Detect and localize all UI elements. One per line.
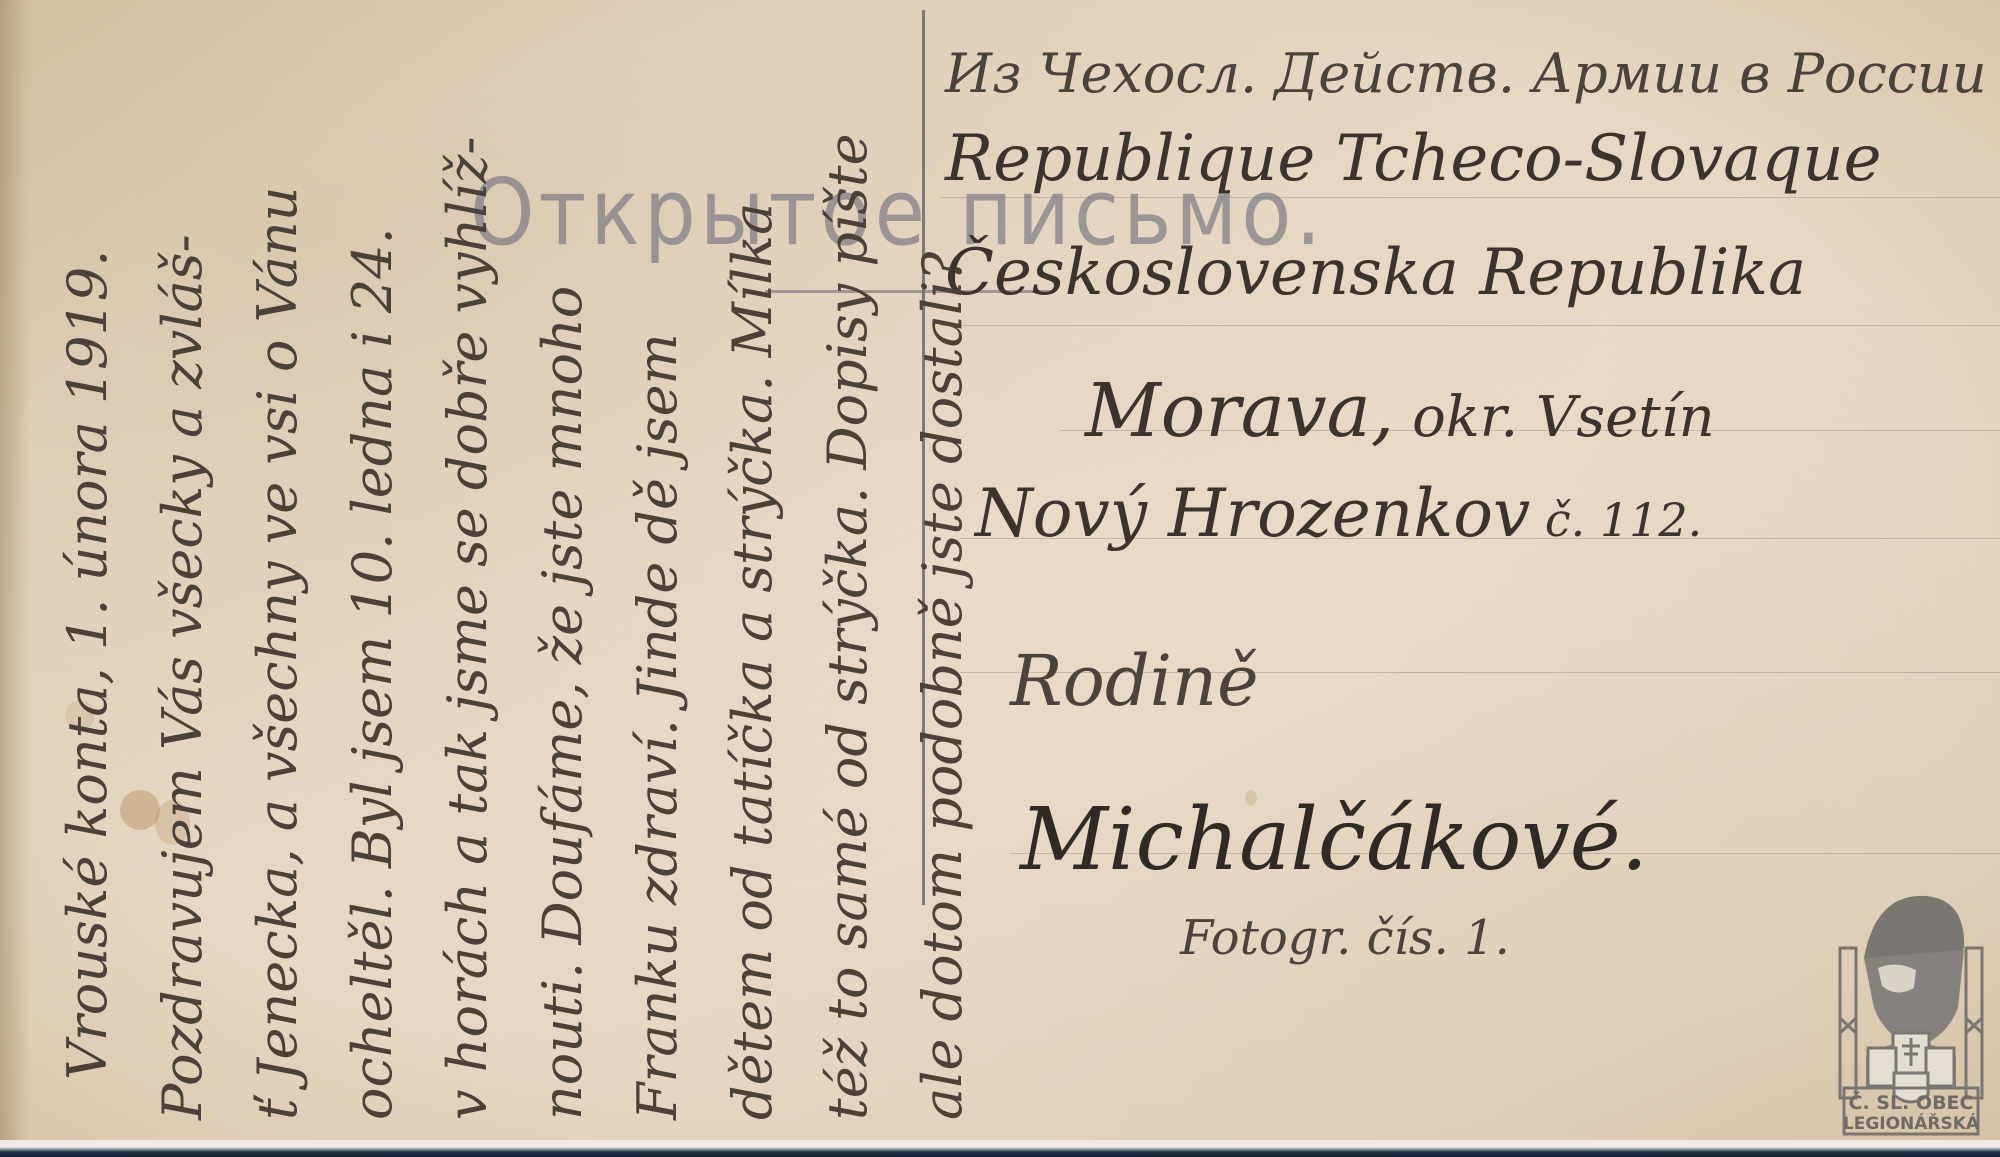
message-line: Franku zdraví. Jinde dě jsem: [610, 20, 705, 1120]
message-dateline: Vrouské konta, 1. února 1919.: [40, 20, 135, 1120]
district-name: okr. Vsetín: [1394, 385, 1714, 450]
message-line: ocheltěl. Byl jsem 10. ledna i 24.: [325, 20, 420, 1120]
message-line: ale dotom podobně jste dostali?: [895, 20, 990, 1120]
scan-bottom-edge: [0, 1140, 2000, 1157]
address-line-town: Nový Hrozenkov č. 112.: [975, 475, 1702, 552]
handwritten-message: Vrouské konta, 1. února 1919. Pozdravuje…: [40, 20, 900, 1120]
postcard-back: Открытое письмо. Из Чехосл. Действ. Арми…: [0, 0, 2000, 1145]
address-guide-line: [940, 325, 2000, 326]
message-line: v horách a tak jsme se dobře vyhlíž-: [420, 20, 515, 1120]
address-guide-line: [940, 197, 2000, 198]
logo-text-legionarska: LEGIONÁŘSKÁ: [1836, 1114, 1986, 1134]
photo-number-note: Fotogr. čís. 1.: [1180, 910, 1510, 966]
address-line-region: Morava, okr. Vsetín: [1085, 368, 1715, 454]
message-line: Pozdravujem Vás všecky a zvláš-: [135, 20, 230, 1120]
address-line-ceskoslovenska: Československa Republika: [945, 236, 1806, 310]
logo-text-csl-obec: Č. SL. OBEC: [1836, 1092, 1986, 1114]
town-name: Nový Hrozenkov: [975, 475, 1530, 552]
house-number: č. 112.: [1530, 493, 1702, 547]
message-line: nouti. Doufáme, že jste mnoho: [515, 20, 610, 1120]
message-line: ť Jenecka, a všechny ve vsi o Vánu: [230, 20, 325, 1120]
region-name: Morava,: [1085, 368, 1394, 454]
message-line: dětem od tatíčka a strýčka. Mílka: [705, 20, 800, 1120]
address-line-origin-russian: Из Чехосл. Действ. Армии в России: [945, 42, 1987, 105]
message-line: též to samé od strýčka. Dopisy píšte: [800, 20, 895, 1120]
address-line-family: Rodině: [1010, 640, 1259, 722]
paper-edge-shadow: [0, 0, 30, 1145]
address-line-recipient-name: Michalčákové.: [1020, 790, 1648, 890]
legion-association-logo: Č. SL. OBEC LEGIONÁŘSKÁ: [1836, 888, 1986, 1138]
address-line-republique: Republique Tcheco-Slovaque: [945, 122, 1881, 196]
